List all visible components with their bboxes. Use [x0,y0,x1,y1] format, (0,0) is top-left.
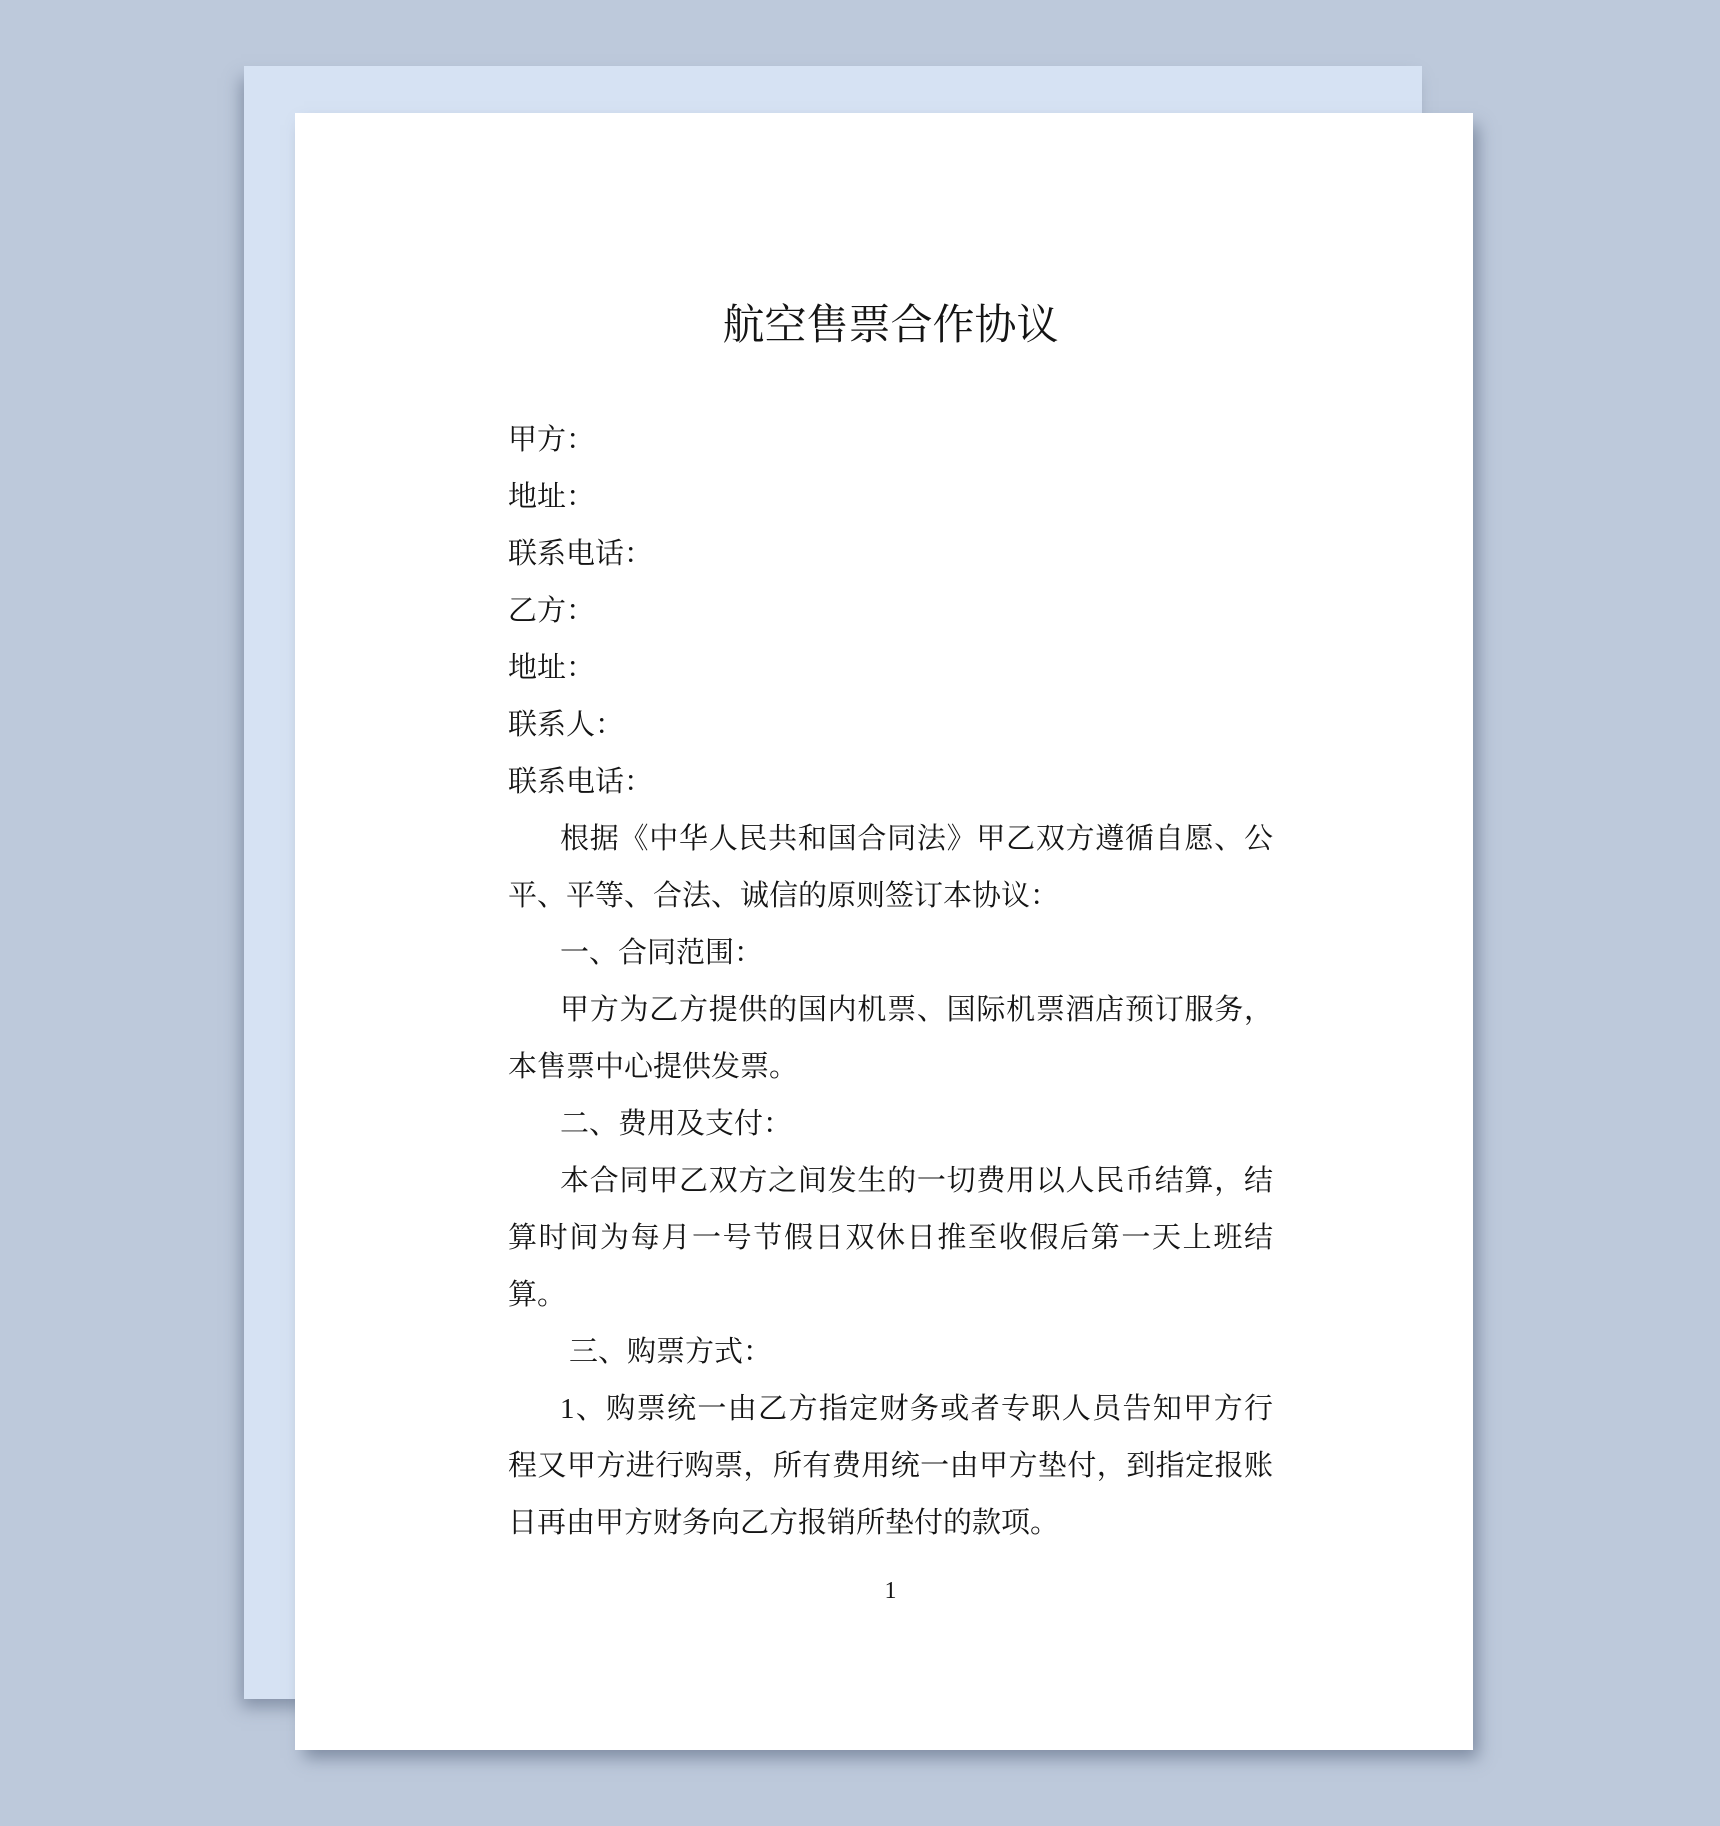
doc-line: 乙方： [508,583,1273,640]
doc-line: 日再由甲方财务向乙方报销所垫付的款项。 [508,1495,1273,1552]
page-number: 1 [508,1563,1273,1620]
doc-line: 地址： [508,640,1273,697]
doc-line: 根据《中华人民共和国合同法》甲乙双方遵循自愿、公 [508,811,1273,868]
doc-line: 本售票中心提供发票。 [508,1039,1273,1096]
doc-line: 联系电话： [508,754,1273,811]
doc-line: 地址： [508,469,1273,526]
doc-line: 1、购票统一由乙方指定财务或者专职人员告知甲方行 [508,1381,1273,1438]
doc-line: 联系电话： [508,526,1273,583]
doc-line: 三、购票方式： [508,1324,1273,1381]
document-viewer-canvas: 航空售票合作协议 甲方：地址：联系电话：乙方：地址：联系人：联系电话：根据《中华… [0,0,1720,1826]
document-body: 甲方：地址：联系电话：乙方：地址：联系人：联系电话：根据《中华人民共和国合同法》… [508,412,1273,1552]
page-content: 航空售票合作协议 甲方：地址：联系电话：乙方：地址：联系人：联系电话：根据《中华… [295,113,1473,1620]
doc-line: 二、费用及支付： [508,1096,1273,1153]
document-page: 航空售票合作协议 甲方：地址：联系电话：乙方：地址：联系人：联系电话：根据《中华… [295,113,1473,1750]
doc-line: 一、合同范围： [508,925,1273,982]
doc-line: 程又甲方进行购票，所有费用统一由甲方垫付，到指定报账 [508,1438,1273,1495]
doc-line: 甲方为乙方提供的国内机票、国际机票酒店预订服务， [508,982,1273,1039]
doc-line: 甲方： [508,412,1273,469]
doc-line: 算时间为每月一号节假日双休日推至收假后第一天上班结 [508,1210,1273,1267]
doc-line: 联系人： [508,697,1273,754]
title-spacer [508,355,1273,412]
doc-line: 算。 [508,1267,1273,1324]
document-title: 航空售票合作协议 [508,298,1273,355]
doc-line: 平、平等、合法、诚信的原则签订本协议： [508,868,1273,925]
doc-line: 本合同甲乙双方之间发生的一切费用以人民币结算，结 [508,1153,1273,1210]
